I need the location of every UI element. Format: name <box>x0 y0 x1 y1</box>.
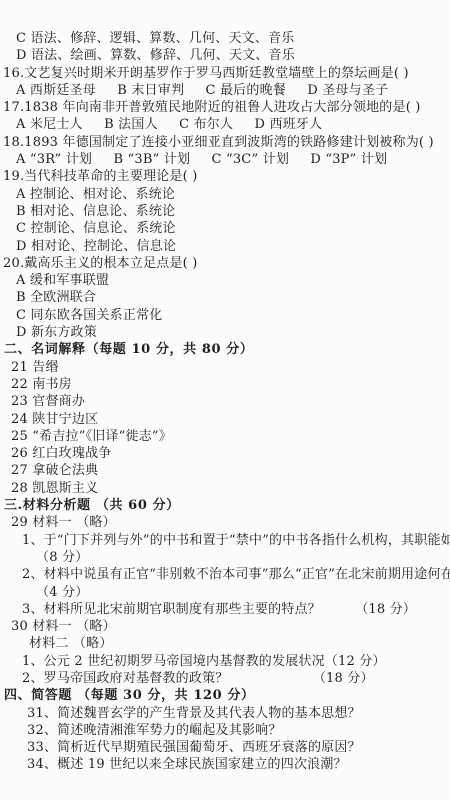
section-heading: 四、简答题 （每题 30 分，共 120 分） <box>2 687 446 704</box>
question-option: D “3P” 计划 <box>310 151 387 168</box>
material-label: 材料二 （略） <box>2 635 446 652</box>
question-option: A 控制论、相对论、系统论 <box>2 186 446 203</box>
short-answer-question: 31、简述魏晋玄学的产生背景及其代表人物的基本思想？ <box>2 705 446 722</box>
sub-question: 1、公元 2 世纪初期罗马帝国境内基督教的发展状况（12 分） <box>2 653 446 670</box>
score-label: （8 分） <box>2 549 446 566</box>
question-options-row: A “3R” 计划 B “3B” 计划 C “3C” 计划 D “3P” 计划 <box>2 151 446 168</box>
question-option: C “3C” 计划 <box>212 151 290 168</box>
section-heading: 三.材料分析题 （共 60 分） <box>2 497 446 514</box>
question-stem: 20.戴高乐主义的根本立足点是( ) <box>2 255 446 272</box>
question-option: B 全欧洲联合 <box>2 289 446 306</box>
short-answer-question: 32、简述晚清湘淮军势力的崛起及其影响？ <box>2 722 446 739</box>
term-item: 25 “希吉拉”《旧译“徙志”》 <box>2 428 446 445</box>
question-option: C 语法、修辞、逻辑、算数、几何、天文、音乐 <box>2 30 446 47</box>
score-label: （18 分） <box>313 671 374 686</box>
sub-question-row: 3、材料所见北宋前期官职制度有那些主要的特点？ （18 分） <box>2 601 446 618</box>
question-stem: 17.1838 年向南非开普敦殖民地附近的祖鲁人进攻占大部分领地的是( ) <box>2 99 446 116</box>
short-answer-question: 34、概述 19 世纪以来全球民族国家建立的四次浪潮？ <box>2 756 446 773</box>
sub-question: 2、材料中说虽有正官“非别敕不治本司事”那么“正官”在北宋前期用途何在？ <box>2 566 446 583</box>
term-item: 21 告缗 <box>2 359 446 376</box>
score-label: （4 分） <box>2 584 446 601</box>
question-option: B 相对论、信息论、系统论 <box>2 203 446 220</box>
term-item: 28 凯恩斯主义 <box>2 480 446 497</box>
question-option: D 西班牙人 <box>255 116 323 133</box>
score-label: （18 分） <box>355 602 416 617</box>
question-option: A “3R” 计划 <box>16 151 92 168</box>
question-option: B “3B” 计划 <box>113 151 190 168</box>
sub-question: 1、于“门下并列与外”的中书和置于“禁中”的中书各指什么机构，其职能如何？ <box>2 532 446 549</box>
question-option: A 米尼士人 <box>16 116 83 133</box>
sub-question: 3、材料所见北宋前期官职制度有那些主要的特点？ <box>22 602 321 617</box>
term-item: 26 红白玫瑰战争 <box>2 445 446 462</box>
question-option: B 末日审判 <box>117 82 184 99</box>
question-option: D 相对论、控制论、信息论 <box>2 238 446 255</box>
question-option: C 最后的晚餐 <box>206 82 286 99</box>
question-option: D 圣母与圣子 <box>307 82 388 99</box>
question-option: D 新东方政策 <box>2 324 446 341</box>
question-stem: 19.当代科技革命的主要理论是( ) <box>2 168 446 185</box>
material-label: 29 材料一 （略） <box>2 514 446 531</box>
term-item: 23 官督商办 <box>2 393 446 410</box>
term-item: 24 陕甘宁边区 <box>2 411 446 428</box>
term-item: 27 拿破仑法典 <box>2 462 446 479</box>
material-label: 30 材料一 （略） <box>2 618 446 635</box>
question-option: A 西斯廷圣母 <box>16 82 96 99</box>
question-option: D 语法、绘画、算数、修辞、几何、天文、音乐 <box>2 47 446 64</box>
exam-paper-page: C 语法、修辞、逻辑、算数、几何、天文、音乐 D 语法、绘画、算数、修辞、几何、… <box>0 0 450 800</box>
question-options-row: A 西斯廷圣母 B 末日审判 C 最后的晚餐 D 圣母与圣子 <box>2 82 446 99</box>
short-answer-question: 33、简析近代早期殖民强国葡萄牙、西班牙衰落的原因？ <box>2 739 446 756</box>
question-option: C 布尔人 <box>179 116 233 133</box>
sub-question: 2、罗马帝国政府对基督教的政策？ <box>22 671 228 686</box>
term-item: 22 南书房 <box>2 376 446 393</box>
question-option: A 缓和军事联盟 <box>2 272 446 289</box>
question-options-row: A 米尼士人 B 法国人 C 布尔人 D 西班牙人 <box>2 116 446 133</box>
question-stem: 16.文艺复兴时期米开朗基罗作于罗马西斯廷教堂墙壁上的祭坛画是( ) <box>2 65 446 82</box>
question-option: C 控制论、信息论、系统论 <box>2 220 446 237</box>
section-heading: 二、名词解释（每题 10 分，共 80 分） <box>2 341 446 358</box>
question-option: B 法国人 <box>104 116 158 133</box>
question-option: C 同东欧各国关系正常化 <box>2 307 446 324</box>
sub-question-row: 2、罗马帝国政府对基督教的政策？ （18 分） <box>2 670 446 687</box>
question-stem: 18.1893 年德国制定了连接小亚细亚直到波斯湾的铁路修建计划被称为( ) <box>2 134 446 151</box>
